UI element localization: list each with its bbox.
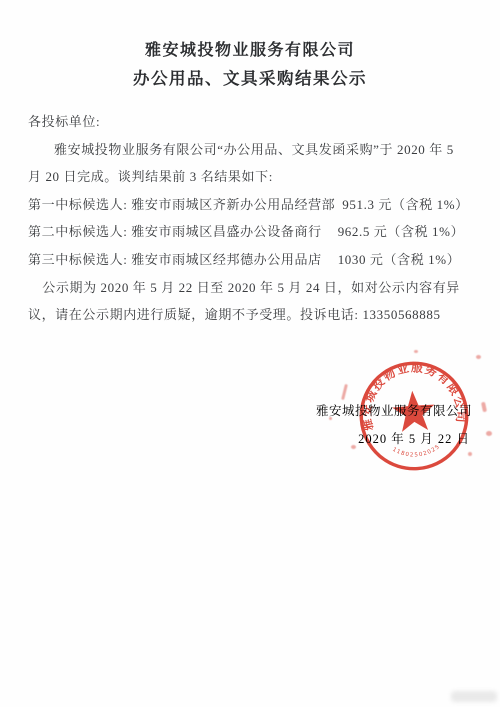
candidate-line-3: 第三中标候选人: 雅安市雨城区经邦德办公用品店1030 元（含税 1%）: [28, 246, 470, 274]
candidate-3-label: 第三中标候选人:: [28, 252, 127, 267]
ink-speck: [486, 431, 492, 436]
candidate-2-company: 雅安市雨城区昌盛办公设备商行: [131, 224, 321, 239]
ink-speck: [351, 445, 356, 449]
candidate-1-company: 雅安市雨城区齐新办公用品经营部: [131, 197, 335, 212]
scan-smudge: [451, 691, 497, 702]
stamp-serial-number: 5118025020256: [333, 335, 442, 464]
intro-paragraph: 雅安城投物业服务有限公司“办公用品、文具发函采购”于 2020 年 5 月 20…: [28, 136, 470, 191]
notice-paragraph: 公示期为 2020 年 5 月 22 日至 2020 年 5 月 24 日，如对…: [28, 274, 470, 329]
candidate-line-2: 第二中标候选人: 雅安市雨城区昌盛办公设备商行962.5 元（含税 1%）: [28, 218, 470, 246]
candidate-2-price: 962.5 元（含税 1%）: [322, 224, 464, 239]
ink-speck: [329, 417, 332, 420]
candidate-3-price: 1030 元（含税 1%）: [322, 252, 461, 267]
document-page: 雅安城投物业服务有限公司 办公用品、文具采购结果公示 各投标单位: 雅安城投物业…: [0, 0, 500, 707]
document-title-line1: 雅安城投物业服务有限公司: [0, 37, 500, 60]
company-seal-stamp: 雅安城投物业服务有限公司 5118025020256: [333, 335, 495, 497]
ink-speck: [414, 350, 418, 353]
document-title-line2: 办公用品、文具采购结果公示: [0, 65, 500, 89]
stamp-star: [391, 389, 436, 432]
candidate-line-1: 第一中标候选人: 雅安市雨城区齐新办公用品经营部951.3 元（含税 1%）: [28, 191, 470, 219]
candidate-2-label: 第二中标候选人:: [28, 224, 127, 239]
candidate-1-label: 第一中标候选人:: [28, 197, 127, 212]
salutation: 各投标单位:: [28, 108, 470, 136]
ink-speck: [476, 355, 481, 359]
candidate-3-company: 雅安市雨城区经邦德办公用品店: [131, 252, 321, 267]
document-body: 各投标单位: 雅安城投物业服务有限公司“办公用品、文具发函采购”于 2020 年…: [28, 108, 470, 329]
candidate-1-price: 951.3 元（含税 1%）: [335, 197, 468, 212]
ink-speck: [468, 452, 472, 456]
